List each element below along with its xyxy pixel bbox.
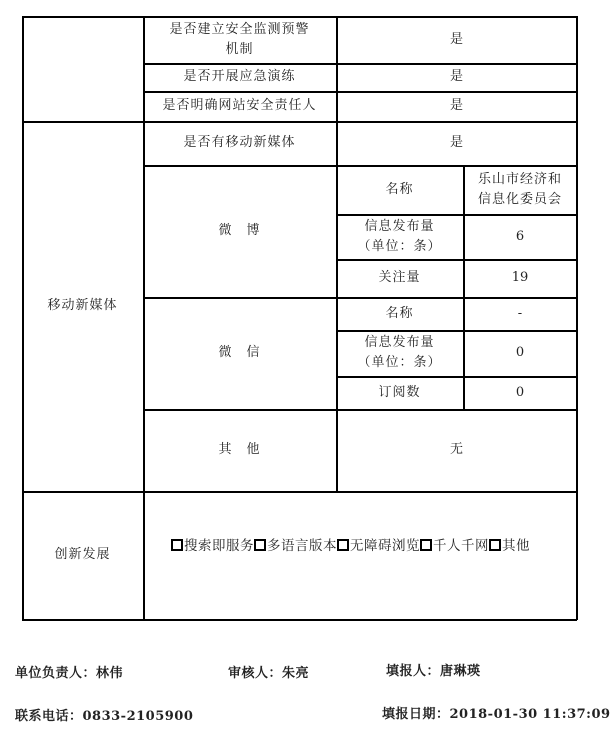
innovation-section-label: 创新发展 xyxy=(22,491,143,619)
label-line: 是否建立安全监测预警 xyxy=(169,20,309,40)
wechat-name-value: - xyxy=(463,297,577,330)
weibo-followers-value: 19 xyxy=(463,259,577,297)
label-line: 信息发布量 xyxy=(364,217,434,237)
security-monitoring-label: 是否建立安全监测预警 机制 xyxy=(143,16,336,63)
weibo-name-value: 乐山市经济和 信息化委员会 xyxy=(463,165,577,214)
emergency-drill-label: 是否开展应急演练 xyxy=(143,63,336,91)
option-label: 其他 xyxy=(502,538,530,554)
option-personalized[interactable]: 千人千网 xyxy=(420,536,489,556)
option-search-service[interactable]: 搜索即服务 xyxy=(171,536,254,556)
label-line: 机制 xyxy=(225,40,253,60)
divider xyxy=(22,619,577,621)
wechat-subscribers-label: 订阅数 xyxy=(336,376,463,409)
wechat-name-label: 名称 xyxy=(336,297,463,330)
label-line: （单位：条） xyxy=(357,353,441,373)
has-mobile-media-label: 是否有移动新媒体 xyxy=(143,121,336,165)
unit-head: 单位负责人：林伟 xyxy=(15,662,123,681)
checkbox-icon[interactable] xyxy=(489,539,501,551)
option-multilingual[interactable]: 多语言版本 xyxy=(254,536,337,556)
mobile-media-section-label: 移动新媒体 xyxy=(22,121,143,491)
option-accessibility[interactable]: 无障碍浏览 xyxy=(337,536,420,556)
option-label: 无障碍浏览 xyxy=(350,538,420,554)
wechat-subscribers-value: 0 xyxy=(463,376,577,409)
option-label: 多语言版本 xyxy=(267,538,337,554)
other-media-value: 无 xyxy=(336,409,577,491)
reviewer: 审核人：朱亮 xyxy=(228,662,309,681)
weibo-name-label: 名称 xyxy=(336,165,463,214)
value-line: 信息化委员会 xyxy=(478,190,562,210)
security-officer-label: 是否明确网站安全责任人 xyxy=(143,91,336,121)
has-mobile-media-value: 是 xyxy=(336,121,577,165)
checkbox-icon[interactable] xyxy=(337,539,349,551)
option-label: 千人千网 xyxy=(433,538,489,554)
checkbox-icon[interactable] xyxy=(420,539,432,551)
label-line: （单位：条） xyxy=(357,237,441,257)
wechat-posts-value: 0 xyxy=(463,330,577,376)
weibo-posts-value: 6 xyxy=(463,214,577,259)
emergency-drill-value: 是 xyxy=(336,63,577,91)
security-monitoring-value: 是 xyxy=(336,16,577,63)
weibo-posts-label: 信息发布量 （单位：条） xyxy=(336,214,463,259)
fill-date: 填报日期：2018-01-30 11:37:09 xyxy=(382,703,610,722)
label-line: 信息发布量 xyxy=(364,333,434,353)
option-label: 搜索即服务 xyxy=(184,538,254,554)
filler: 填报人：唐琳瑛 xyxy=(386,660,481,679)
wechat-label: 微 信 xyxy=(143,297,336,409)
weibo-followers-label: 关注量 xyxy=(336,259,463,297)
checkbox-icon[interactable] xyxy=(254,539,266,551)
other-media-label: 其 他 xyxy=(143,409,336,491)
innovation-options: 搜索即服务 多语言版本 无障碍浏览 千人千网 其他 xyxy=(143,491,577,601)
contact-phone: 联系电话：0833-2105900 xyxy=(15,705,193,724)
weibo-label: 微 博 xyxy=(143,165,336,297)
value-line: 乐山市经济和 xyxy=(478,170,562,190)
security-officer-value: 是 xyxy=(336,91,577,121)
option-other[interactable]: 其他 xyxy=(489,536,530,556)
wechat-posts-label: 信息发布量 （单位：条） xyxy=(336,330,463,376)
checkbox-icon[interactable] xyxy=(171,539,183,551)
